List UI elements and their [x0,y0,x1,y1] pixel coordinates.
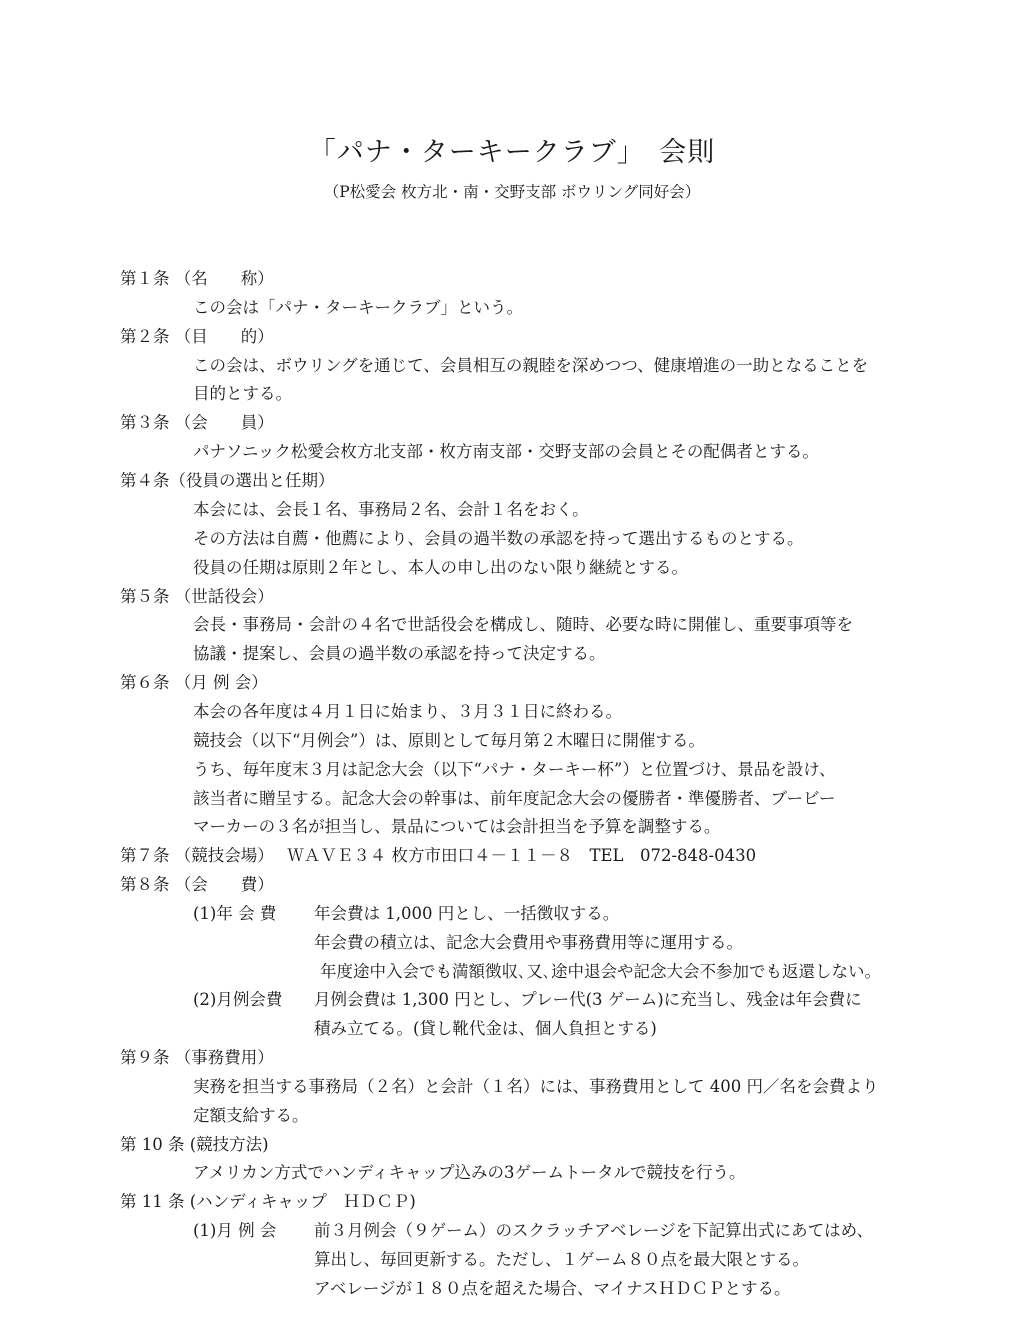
article-2-heading: 第２条 （目 的） [120,326,274,348]
article-5-heading: 第５条 （世話役会） [120,586,274,608]
article-8-sub2-text: 月例会費は 1,300 円とし、プレー代(3 ゲーム)に充当し、残金は年会費に [314,989,862,1011]
article-1-heading: 第１条 （名 称） [120,268,274,290]
article-1-text: この会は「パナ・ターキークラブ」という。 [193,297,523,319]
article-11-sub1-label: (1)月 例 会 [193,1220,276,1242]
article-6-text: 該当者に贈呈する。記念大会の幹事は、前年度記念大会の優勝者・準優勝者、ブービー [193,788,835,810]
article-9-text: 実務を担当する事務局（２名）と会計（１名）には、事務費用として 400 円／名を… [193,1076,878,1098]
article-6-heading: 第６条 （月 例 会） [120,672,268,694]
article-6-text: 競技会（以下“月例会”）は、原則として毎月第２木曜日に開催する。 [193,730,705,752]
article-3-heading: 第３条 （会 員） [120,412,274,434]
article-8-sub1-text: 年会費の積立は、記念大会費用や事務費用等に運用する。 [314,932,743,954]
article-6-text: マーカーの３名が担当し、景品については会計担当を予算を調整する。 [193,816,720,838]
article-11-heading: 第 11 条 (ハンディキャップ ＨＤＣＰ) [120,1191,416,1213]
article-5-text: 会長・事務局・会計の４名で世話役会を構成し、随時、必要な時に開催し、重要事項等を [193,614,853,636]
article-11-sub1-text: 前３月例会（９ゲーム）のスクラッチアベレージを下記算出式にあてはめ、 [314,1220,873,1242]
article-10-text: アメリカン方式でハンディキャップ込みの3ゲームトータルで競技を行う。 [193,1162,746,1184]
document-subtitle: （P松愛会 枚方北・南・交野支部 ボウリング同好会） [0,180,1024,202]
article-8-heading: 第８条 （会 費） [120,874,274,896]
article-8-sub2-label: (2)月例会費 [193,989,282,1011]
article-4-text: 本会には、会長１名、事務局２名、会計１名をおく。 [193,499,589,521]
article-4-text: その方法は自薦・他薦により、会員の過半数の承認を持って選出するものとする。 [193,528,804,550]
article-7-heading: 第７条 （競技会場） ＷＡＶＥ３４ 枚方市田口４－１１－８ TEL 072-84… [120,845,756,867]
article-8-sub1-text: 年度途中入会でも満額徴収､又､途中退会や記念大会不参加でも返還しない｡ [320,961,873,983]
article-4-heading: 第４条（役員の選出と任期） [120,470,335,492]
article-6-text: うち、毎年度末３月は記念大会（以下“パナ・ターキー杯”）と位置づけ、景品を設け、 [193,759,836,781]
article-9-heading: 第９条 （事務費用） [120,1047,274,1069]
document-title: 「パナ・ターキークラブ」 会則 [0,130,1024,169]
article-4-text: 役員の任期は原則２年とし、本人の申し出のない限り継続とする。 [193,557,688,579]
article-8-sub1-label: (1)年 会 費 [193,903,276,925]
article-6-text: 本会の各年度は４月１日に始まり、３月３１日に終わる。 [193,701,622,723]
article-2-text: 目的とする。 [193,383,292,405]
article-8-sub1-text: 年会費は 1,000 円とし、一括徴収する。 [314,903,619,925]
article-9-text: 定額支給する。 [193,1105,309,1127]
article-11-sub1-text: アベレージが１８０点を超えた場合、マイナスＨＤＣＰとする。 [314,1278,791,1300]
article-2-text: この会は、ボウリングを通じて、会員相互の親睦を深めつつ、健康増進の一助となること… [193,355,868,377]
article-11-sub1-text: 算出し、毎回更新する。ただし、１ゲーム８０点を最大限とする。 [314,1249,809,1271]
article-8-sub2-text: 積み立てる。(貸し靴代金は、個人負担とする) [314,1018,657,1040]
article-5-text: 協議・提案し、会員の過半数の承認を持って決定する。 [193,643,606,665]
article-10-heading: 第 10 条 (競技方法) [120,1134,269,1156]
article-3-text: パナソニック松愛会枚方北支部・枚方南支部・交野支部の会員とその配偶者とする。 [193,441,819,463]
